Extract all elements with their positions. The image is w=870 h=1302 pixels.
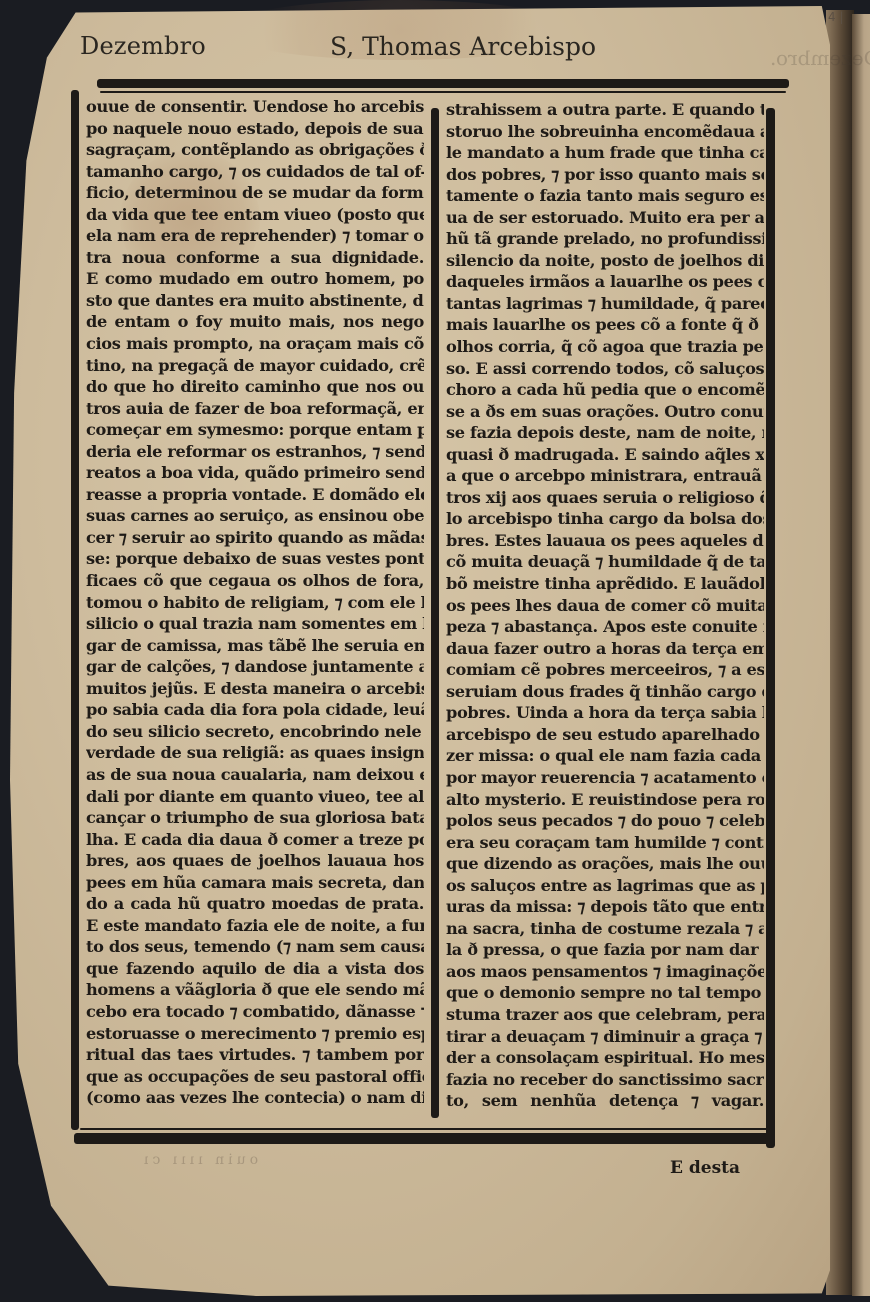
text-line: po naquele nouo estado, depois de sua cõ xyxy=(86,118,424,140)
binding-gutter-shadow xyxy=(826,10,854,1295)
text-line: stuma trazer aos que celebram, pera lhes xyxy=(446,1004,764,1026)
text-line: dali por diante em quanto viueo, tee al xyxy=(86,786,424,808)
text-line: der a consolaçam espiritual. Ho mesmo xyxy=(446,1047,764,1069)
text-line: tino, na pregaçã de mayor cuidado, crẽ xyxy=(86,355,424,377)
text-column-right: strahissem a outra parte. E quando tal e… xyxy=(446,99,764,1112)
text-line: tirar a deuaçam ⁊ diminuir a graça ⁊ per… xyxy=(446,1026,764,1048)
text-line: do que ho direito caminho que nos ou xyxy=(86,376,424,398)
text-line: gar de camissa, mas tãbẽ lhe seruia em l… xyxy=(86,635,424,657)
text-line: alto mysterio. E reuistindose pera rogar xyxy=(446,789,764,811)
text-line: le mandato a hum frade que tinha cargo xyxy=(446,142,764,164)
text-line: cebo era tocado ⁊ combatido, dãnasse ⁊ xyxy=(86,1001,424,1023)
text-line: comiam cẽ pobres merceeiros, ⁊ a estes xyxy=(446,659,764,681)
text-line: so. E assi correndo todos, cõ saluços ⁊ xyxy=(446,358,764,380)
text-line: tros auia de fazer de boa reformaçã, era xyxy=(86,398,424,420)
text-line: ouue de consentir. Uendose ho arcebis xyxy=(86,96,424,118)
text-line: os pees lhes daua de comer cõ muita li xyxy=(446,595,764,617)
text-line: que as occupações de seu pastoral offici… xyxy=(86,1066,424,1088)
text-line: tros xij aos quaes seruia o religioso q̃… xyxy=(446,487,764,509)
text-line: tamanho cargo, ⁊ os cuidados de tal of- xyxy=(86,161,424,183)
text-line: (como aas vezes lhe contecia) o nam di xyxy=(86,1087,424,1109)
text-line: ficio, determinou de se mudar da forma xyxy=(86,182,424,204)
text-line: ua de ser estoruado. Muito era per aver xyxy=(446,207,764,229)
text-line: pees em hũa camara mais secreta, dan xyxy=(86,872,424,894)
text-line: seruiam dous frades q̃ tinhão cargo dos xyxy=(446,681,764,703)
text-line: começar em symesmo: porque entam po xyxy=(86,419,424,441)
text-line: peza ⁊ abastança. Apos este conuite mã xyxy=(446,616,764,638)
text-line: a que o arcebpo ministrara, entrauã ou- xyxy=(446,465,764,487)
text-line: lha. E cada dia daua ð comer a treze po xyxy=(86,829,424,851)
text-line: la ð pressa, o que fazia por nam dar lug… xyxy=(446,939,764,961)
text-line: bres. Estes lauaua os pees aqueles doze xyxy=(446,530,764,552)
text-line: se a ðs em suas orações. Outro conuite xyxy=(446,401,764,423)
text-line: ela nam era de reprehender) ⁊ tomar ou xyxy=(86,225,424,247)
text-line: deria ele reformar os estranhos, ⁊ sendo xyxy=(86,441,424,463)
text-line: tomou o habito de religiam, ⁊ com ele hũ xyxy=(86,592,424,614)
text-line: do seu silicio secreto, encobrindo nele … xyxy=(86,721,424,743)
text-line: silicio o qual trazia nam somentes em lu xyxy=(86,613,424,635)
text-line: tra noua conforme a sua dignidade. xyxy=(86,247,424,269)
text-line: strahissem a outra parte. E quando tal e… xyxy=(446,99,764,121)
text-line: pobres. Uinda a hora da terça sabia ho xyxy=(446,702,764,724)
text-line: daua fazer outro a horas da terça em q̃ xyxy=(446,638,764,660)
catchword: E desta xyxy=(670,1158,740,1178)
text-line: lo arcebispo tinha cargo da bolsa dos po xyxy=(446,508,764,530)
text-line: reasse a propria vontade. E domãdo ele xyxy=(86,484,424,506)
text-line: cançar o triumpho de sua gloriosa bata xyxy=(86,807,424,829)
text-line: gar de calções, ⁊ dandose juntamente a xyxy=(86,656,424,678)
text-line: sagraçam, contẽplando as obrigações ð xyxy=(86,139,424,161)
text-line: polos seus pecados ⁊ do pouo ⁊ celebrar xyxy=(446,810,764,832)
text-line: silencio da noite, posto de joelhos dian… xyxy=(446,250,764,272)
text-line: era seu coraçam tam humilde ⁊ contrito xyxy=(446,832,764,854)
text-line: quasi ð madrugada. E saindo aq̃les xiij. xyxy=(446,444,764,466)
text-line: muitos jejũs. E desta maneira o arcebis xyxy=(86,678,424,700)
showthrough-running-head: Dezembro. xyxy=(770,46,870,70)
text-line: sto que dantes era muito abstinente, des xyxy=(86,290,424,312)
bottom-thin-rule xyxy=(80,1128,770,1130)
text-line: os saluços entre as lagrimas que as pala xyxy=(446,875,764,897)
text-line: cõ muita deuaçã ⁊ humildade q̃ de tam xyxy=(446,551,764,573)
text-line: as de sua noua caualaria, nam deixou ele xyxy=(86,764,424,786)
right-border-rule xyxy=(766,108,775,1148)
top-rule xyxy=(97,79,789,88)
text-line: po sabia cada dia fora pola cidade, leuã xyxy=(86,699,424,721)
text-line: reatos a boa vida, quãdo primeiro sendo xyxy=(86,462,424,484)
text-line: se fazia depois deste, nam de noite, mas xyxy=(446,422,764,444)
running-head: Dezembro S, Thomas Arcebispo Dezembro. xyxy=(80,28,820,72)
text-line: do a cada hũ quatro moedas de prata. xyxy=(86,893,424,915)
folio-pencil-mark: 4 | xyxy=(828,10,844,24)
text-line: que o demonio sempre no tal tempo co xyxy=(446,982,764,1004)
top-thin-rule xyxy=(100,91,786,93)
text-line: zer missa: o qual ele nam fazia cada dia xyxy=(446,745,764,767)
text-line: que dizendo as orações, mais lhe ouuiã xyxy=(446,853,764,875)
text-line: olhos corria, q̃ cõ agoa que trazia pera… xyxy=(446,336,764,358)
text-line: arcebispo de seu estudo aparelhado pa di xyxy=(446,724,764,746)
text-line: uras da missa: ⁊ depois tãto que entraua xyxy=(446,896,764,918)
text-line: choro a cada hũ pedia que o encomẽdas- xyxy=(446,379,764,401)
text-line: daqueles irmãos a lauarlhe os pees cõ xyxy=(446,271,764,293)
column-divider-rule xyxy=(431,108,439,1118)
text-line: aos maos pensamentos ⁊ imaginações xyxy=(446,961,764,983)
text-line: na sacra, tinha de costume rezala ⁊ acab… xyxy=(446,918,764,940)
text-line: E como mudado em outro homem, po xyxy=(86,268,424,290)
text-line: mais lauarlhe os pees cõ a fonte q̃ ð se… xyxy=(446,314,764,336)
text-line: to, sem nenhũa detença ⁊ vagar. xyxy=(446,1090,764,1112)
text-line: que fazendo aquilo de dia a vista dos xyxy=(86,958,424,980)
left-border-rule xyxy=(71,90,79,1130)
text-line: fazia no receber do sanctissimo sacramen xyxy=(446,1069,764,1091)
running-head-title: S, Thomas Arcebispo xyxy=(330,32,596,61)
text-line: ficaes cõ que cegaua os olhos de fora, xyxy=(86,570,424,592)
text-line: tantas lagrimas ⁊ humildade, q̃ parecia xyxy=(446,293,764,315)
text-line: storuo lhe sobreuinha encomẽdaua aque xyxy=(446,121,764,143)
showthrough-text: ouin ıııı cı xyxy=(140,1152,258,1168)
text-line: E este mandato fazia ele de noite, a fur xyxy=(86,915,424,937)
text-line: de entam o foy muito mais, nos nego xyxy=(86,311,424,333)
text-line: bõ meistre tinha aprẽdido. E lauãdolhes xyxy=(446,573,764,595)
bottom-rule xyxy=(74,1133,774,1144)
text-line: hũ tã grande prelado, no profundissimo xyxy=(446,228,764,250)
text-line: estoruasse o merecimento ⁊ premio espi xyxy=(86,1023,424,1045)
text-line: tamente o fazia tanto mais seguro esta xyxy=(446,185,764,207)
running-head-month: Dezembro xyxy=(80,32,206,60)
adjacent-page-edge xyxy=(852,14,870,1296)
text-line: suas carnes ao seruiço, as ensinou obede xyxy=(86,505,424,527)
text-line: bres, aos quaes de joelhos lauaua hos xyxy=(86,850,424,872)
text-line: se: porque debaixo de suas vestes ponti; xyxy=(86,548,424,570)
text-line: cer ⁊ seruir ao spirito quando as mãdas xyxy=(86,527,424,549)
text-line: to dos seus, temendo (⁊ nam sem causa) xyxy=(86,936,424,958)
text-line: cios mais prompto, na oraçam mais cõ xyxy=(86,333,424,355)
text-line: homens a vããgloria ð que ele sendo mã xyxy=(86,979,424,1001)
text-column-left: ouue de consentir. Uendose ho arcebispo … xyxy=(86,96,424,1109)
text-line: ritual das taes virtudes. ⁊ tambem por xyxy=(86,1044,424,1066)
text-line: por mayor reuerencia ⁊ acatamento ð tã xyxy=(446,767,764,789)
text-line: da vida que tee entam viueo (posto que xyxy=(86,204,424,226)
text-line: dos pobres, ⁊ por isso quanto mais secre xyxy=(446,164,764,186)
text-line: verdade de sua religiã: as quaes insigni xyxy=(86,742,424,764)
